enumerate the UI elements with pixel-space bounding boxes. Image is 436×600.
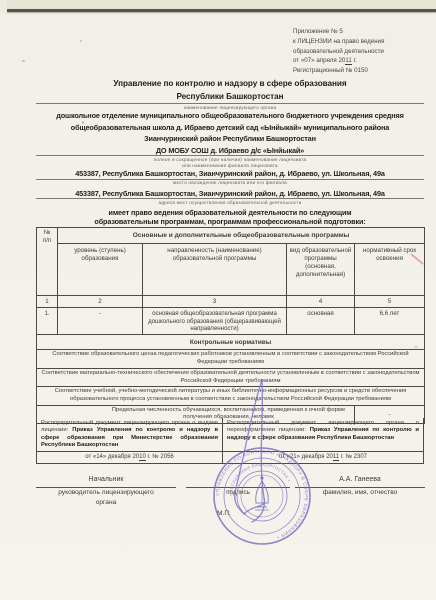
official-stamp: УПРАВЛЕНИЕ ПО КОНТРОЛЮ И НАДЗОРУ В СФЕРЕ… xyxy=(211,445,313,547)
control-norms-header: Контрольные нормативы xyxy=(37,335,425,350)
num-header-line2: п/п xyxy=(39,237,55,245)
signature-line-right xyxy=(295,487,425,488)
scan-corner xyxy=(0,0,7,13)
col-number: 1 xyxy=(37,296,58,308)
signer-name: А.А. Ганеева xyxy=(295,476,425,483)
signer-position: Начальник xyxy=(36,476,176,483)
signature-line-left xyxy=(36,487,176,488)
table-group-header: Основные и дополнительные общеобразовате… xyxy=(58,228,425,244)
underline-rule xyxy=(36,103,424,104)
annex-reg-number: Регистрационный № 0150 xyxy=(293,66,431,76)
program-row-num: 1. xyxy=(37,308,58,335)
program-row-level: - xyxy=(58,308,143,335)
order-issue: Распорядительный документ лицензирующего… xyxy=(37,418,223,451)
col-number: 5 xyxy=(355,296,425,308)
col-header-num: №п/п xyxy=(37,228,58,296)
signer-name-label: фамилия, имя, отчество xyxy=(295,489,425,496)
annex-date-prefix: от «07» апреля 20 xyxy=(293,57,345,64)
col-header-type: вид образовательной программы (основная,… xyxy=(287,244,355,296)
num-header-line1: № xyxy=(39,229,55,237)
program-row-name: основная общеобразовательная программа д… xyxy=(143,308,287,335)
licensee-address-label: место нахождения лицензиата или его фили… xyxy=(36,180,424,185)
program-row: 1. - основная общеобразовательная програ… xyxy=(37,308,425,335)
annex-header: Приложение № 5 к ЛИЦЕНЗИИ на право веден… xyxy=(293,27,431,76)
col-header-term: нормативный срок освоения xyxy=(355,244,425,296)
activity-address: 453387, Республика Башкортостан, Зианчур… xyxy=(36,189,424,198)
annex-line: образовательной деятельности xyxy=(293,47,431,57)
stamp-emblem xyxy=(255,476,269,510)
licensee-label-line1: полное и сокращенное (при наличии) наиме… xyxy=(36,157,424,162)
annex-date: от «07» апреля 2011 г. xyxy=(293,56,431,66)
date-year: 10 xyxy=(139,454,146,461)
col-number: 3 xyxy=(143,296,287,308)
annex-line: Приложение № 5 xyxy=(293,27,431,37)
col-header-direction: направленность (наименование) образовате… xyxy=(143,244,287,296)
licensee-name-line3: Зианчуринский район Республики Башкортос… xyxy=(36,134,424,143)
signer-position-desc2: органа xyxy=(36,499,176,506)
rights-statement-line1: имеет право ведения образовательной деят… xyxy=(36,208,424,217)
authority-label: наименование лицензирующего органа xyxy=(36,105,424,110)
licensee-label-line2: или наименование филиала лицензиата xyxy=(36,163,424,168)
authority-title-line1: Управление по контролю и надзору в сфере… xyxy=(36,79,424,88)
scan-speck xyxy=(80,40,82,42)
licensee-short-name: ДО МОБУ СОШ д. Ибраево д/с «Ынйыкай» xyxy=(36,146,424,155)
activity-address-label: адреса мест осуществления образовательно… xyxy=(36,200,424,205)
authority-title-line2: Республики Башкортостан xyxy=(36,92,424,101)
scanned-license-annex-page: Приложение № 5 к ЛИЦЕНЗИИ на право веден… xyxy=(0,0,436,600)
program-row-term: 6,6 лет xyxy=(355,308,425,335)
date-prefix: от «14» декабря 20 xyxy=(85,454,139,460)
col-number: 2 xyxy=(58,296,143,308)
annex-date-suffix: г. xyxy=(352,57,357,64)
program-row-type: основная xyxy=(287,308,355,335)
order-issue-date: от «14» декабря 2010 г. № 2056 xyxy=(37,452,223,463)
col-number: 4 xyxy=(287,296,355,308)
scan-speck xyxy=(22,60,25,62)
annex-line: к ЛИЦЕНЗИИ на право ведения xyxy=(293,37,431,47)
scan-edge-shadow xyxy=(6,9,436,12)
signer-position-desc1: руководитель лицензирующего xyxy=(36,489,176,496)
rights-statement-line2: образовательным программам, программам п… xyxy=(36,217,424,226)
control-norm-1: Соответствие образовательного ценза педа… xyxy=(37,350,425,369)
date-suffix: г. № 2307 xyxy=(339,454,367,460)
date-suffix: г. № 2056 xyxy=(146,454,174,460)
licensee-address: 453387, Республика Башкортостан, Зианчур… xyxy=(36,169,424,178)
licensee-name-line2: общеобразовательная школа д. Ибраево дет… xyxy=(36,123,424,132)
licensee-name-line1: дошкольное отделение муниципального обще… xyxy=(36,111,424,120)
col-header-level: уровень (ступень) образования xyxy=(58,244,143,296)
